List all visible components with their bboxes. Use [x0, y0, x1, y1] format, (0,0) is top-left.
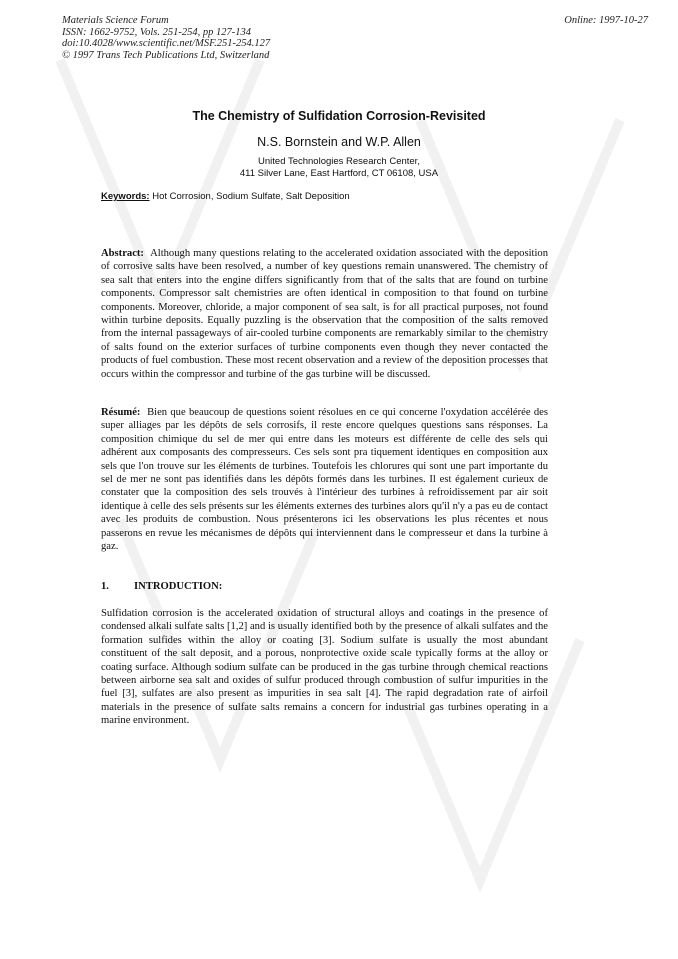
journal-name: Materials Science Forum	[62, 15, 270, 27]
affiliation: United Technologies Research Center, 411…	[0, 156, 678, 180]
doi-link[interactable]: doi:10.4028/www.scientific.net/MSF.251-2…	[62, 38, 270, 50]
paper-title: The Chemistry of Sulfidation Corrosion-R…	[0, 109, 678, 123]
paper-authors: N.S. Bornstein and W.P. Allen	[0, 135, 678, 149]
section-number: 1.	[101, 581, 134, 592]
introduction-text: Sulfidation corrosion is the accelerated…	[101, 607, 548, 728]
affiliation-line-2: 411 Silver Lane, East Hartford, CT 06108…	[0, 168, 678, 180]
copyright-line: © 1997 Trans Tech Publications Ltd, Swit…	[62, 50, 270, 62]
abstract-label: Abstract:	[101, 248, 144, 259]
section-title: INTRODUCTION:	[134, 581, 222, 592]
issn-line: ISSN: 1662-9752, Vols. 251-254, pp 127-1…	[62, 27, 270, 39]
online-date: Online: 1997-10-27	[564, 15, 648, 27]
keywords-list: Hot Corrosion, Sodium Sulfate, Salt Depo…	[152, 191, 350, 202]
resume-text: Bien que beaucoup de questions soient ré…	[101, 407, 548, 552]
section-heading-introduction: 1.INTRODUCTION:	[101, 581, 222, 592]
resume-section: Résumé: Bien que beaucoup de questions s…	[101, 406, 548, 553]
abstract-text: Although many questions relating to the …	[101, 248, 548, 380]
affiliation-line-1: United Technologies Research Center,	[0, 156, 678, 168]
keywords: Keywords: Hot Corrosion, Sodium Sulfate,…	[101, 191, 350, 202]
keywords-label: Keywords:	[101, 191, 150, 202]
publication-info: Materials Science Forum ISSN: 1662-9752,…	[62, 15, 270, 61]
resume-label: Résumé:	[101, 407, 140, 418]
abstract-section: Abstract: Although many questions relati…	[101, 247, 548, 381]
